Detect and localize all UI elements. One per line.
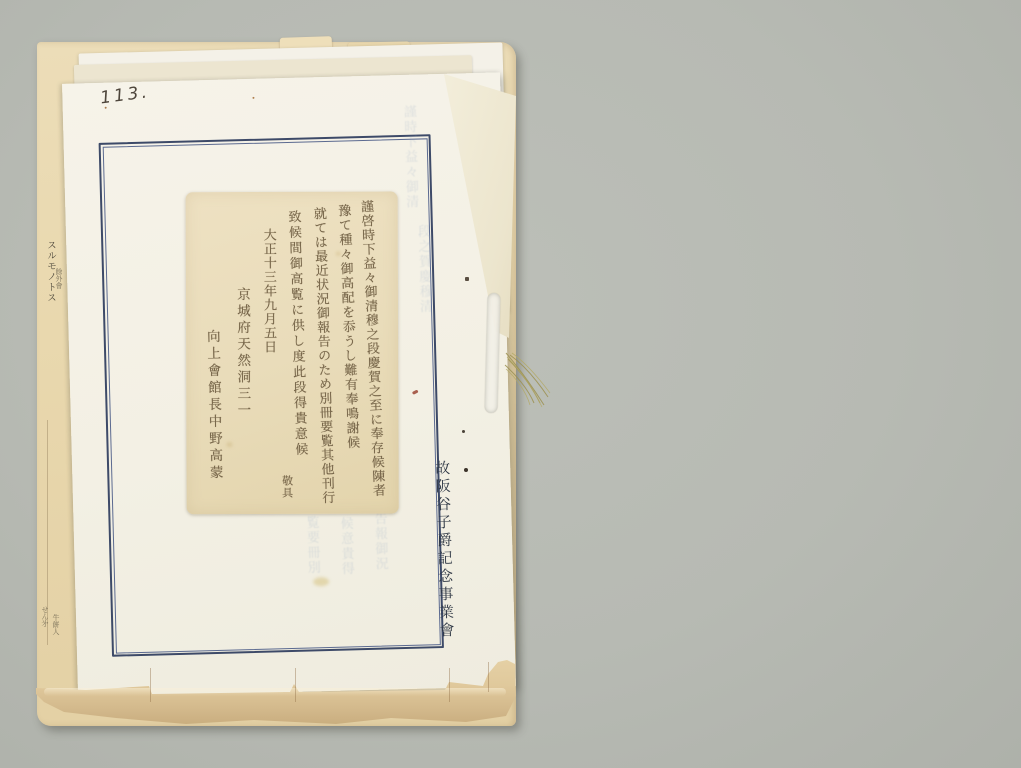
underlying-page-fragment: せん㐧	[41, 606, 48, 686]
letter-address: 京城府天然洞三一	[232, 287, 252, 427]
album-page: 113. 謹時下益々御清 段之賀慶穆清 覧要冊別 候意貴得 告報御況 謹啓時下益…	[62, 72, 516, 697]
pasted-letter-card: 謹啓時下益々御清穆之段慶賀之至に奉存候陳者 豫て種々御高配を忝うし難有奉鳴謝候 …	[186, 192, 399, 515]
letter-column-4: 致候間御高覧に供し度此段得貴意候	[283, 210, 310, 470]
letter-date: 大正十三年九月五日	[259, 228, 278, 363]
letter-closing: 敬具	[279, 475, 295, 509]
fold-mark	[295, 668, 296, 702]
show-through-text: 覧要冊別	[301, 515, 322, 577]
speck	[105, 107, 107, 109]
crumpled-edge-highlight	[44, 688, 506, 696]
insect-speck	[464, 468, 468, 472]
letter-column-3: 就ては最近状況御報告のため別冊要覧其他刊行	[309, 207, 337, 509]
show-through-text: 告報御況	[369, 511, 390, 573]
fold-mark	[449, 668, 450, 702]
memorial-society-label: 故阪谷子爵記念事業會	[433, 460, 458, 660]
show-through-text: 候意貴得	[335, 516, 356, 578]
letter-signature: 向上會館長中野高蒙	[202, 329, 225, 494]
foxing-spot	[226, 442, 232, 447]
dried-grass-tuft	[500, 345, 552, 415]
page-number: 113.	[99, 79, 172, 114]
underlying-page-fragment: 牛餅人	[52, 614, 59, 692]
speck	[465, 277, 469, 281]
underlying-page-fragment: 餘外會	[55, 268, 62, 328]
fold-mark	[488, 662, 489, 692]
foxing-spot	[336, 252, 341, 256]
speck	[252, 97, 254, 99]
scanned-archive-photograph: スルモノトス 餘外會 せん㐧 牛餅人 113. 謹時下益々御清 段之賀慶穆清 覧…	[0, 0, 1021, 768]
fold-mark	[150, 668, 151, 702]
speck	[462, 430, 465, 433]
